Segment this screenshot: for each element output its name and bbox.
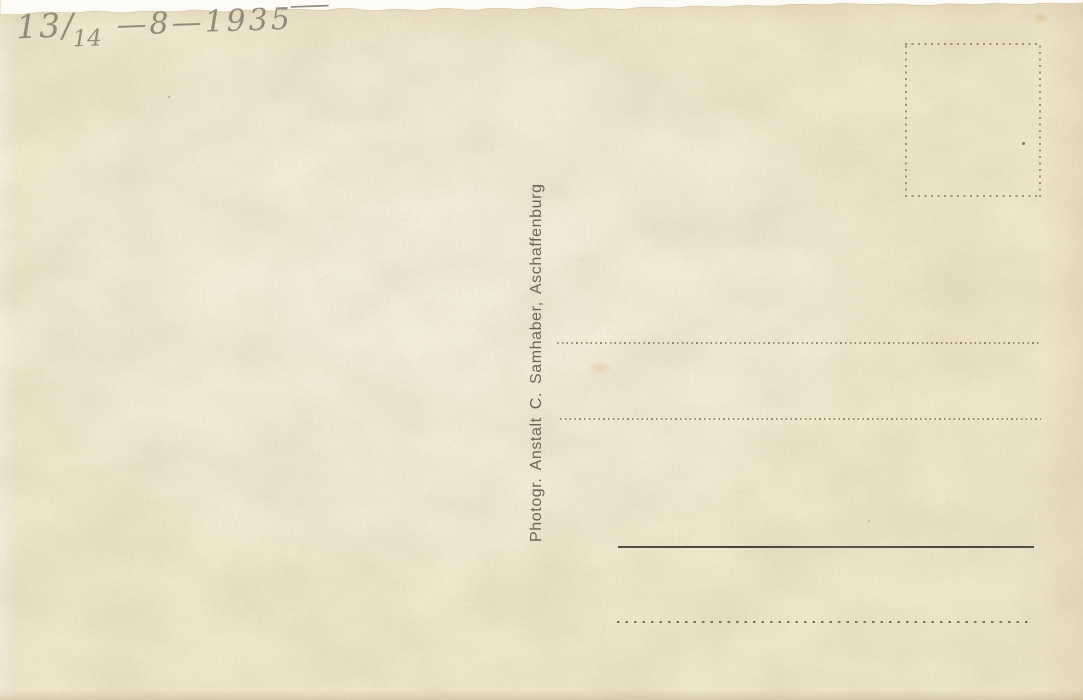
stamp-box (905, 43, 1041, 197)
date-month-year: —8—1935 (116, 2, 294, 43)
address-line-1 (557, 342, 1039, 344)
address-line-3 (617, 621, 1032, 623)
date-alt-day: 14 (72, 25, 102, 52)
address-divider-line (618, 546, 1034, 548)
publisher-imprint: Photogr. Anstalt C. Samhaber, Aschaffenb… (528, 183, 546, 542)
date-day: 13/ (15, 5, 75, 46)
postcard-scan: 13/14—8—1935— Photogr. Anstalt C. Samhab… (0, 0, 1083, 700)
address-line-2 (560, 418, 1041, 420)
date-flourish: — (288, 0, 331, 21)
